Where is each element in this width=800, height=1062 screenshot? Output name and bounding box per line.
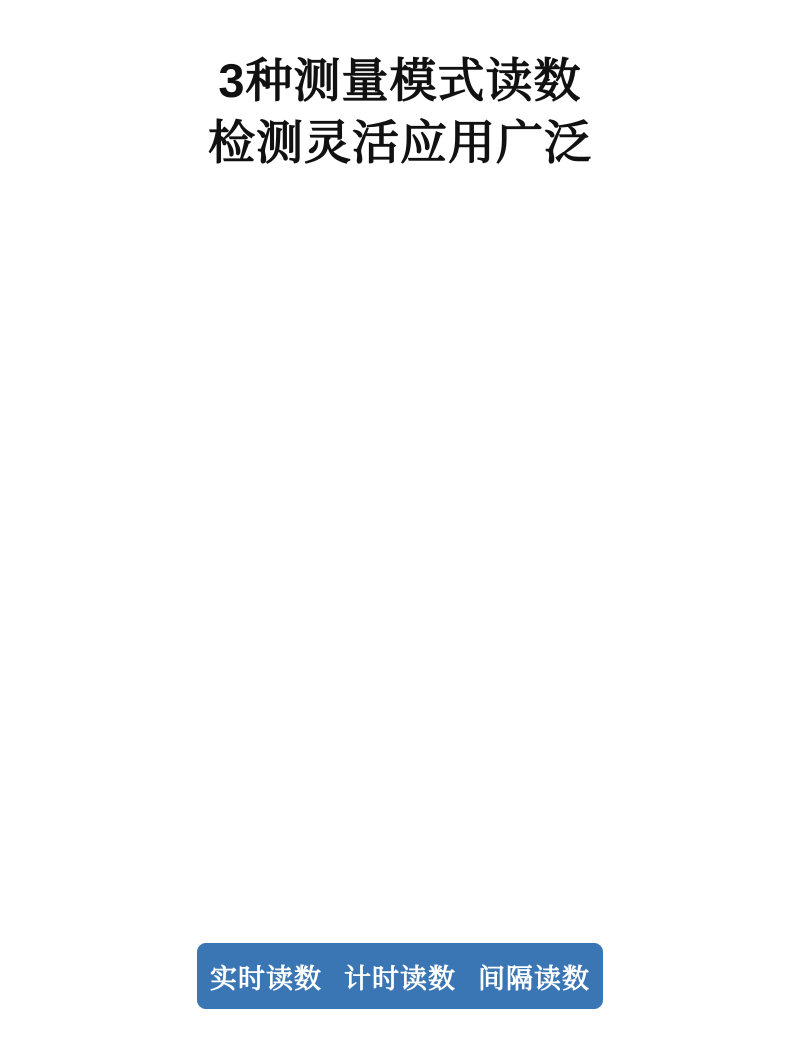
product-feature-section: { "page": { "background_color": "#ffffff… xyxy=(0,0,800,1062)
mode-label-interval-reading: 间隔读数 xyxy=(478,957,590,996)
section-title-line1: 3种测量模式读数 xyxy=(0,50,800,112)
mode-label-realtime-reading: 实时读数 xyxy=(210,957,322,996)
measurement-modes-banner: 实时读数 计时读数 间隔读数 xyxy=(197,943,603,1009)
section-title: 3种测量模式读数 检测灵活应用广泛 xyxy=(0,50,800,174)
mode-label-timed-reading: 计时读数 xyxy=(344,957,456,996)
section-title-line2: 检测灵活应用广泛 xyxy=(0,112,800,174)
blank-product-image-area xyxy=(0,200,800,932)
